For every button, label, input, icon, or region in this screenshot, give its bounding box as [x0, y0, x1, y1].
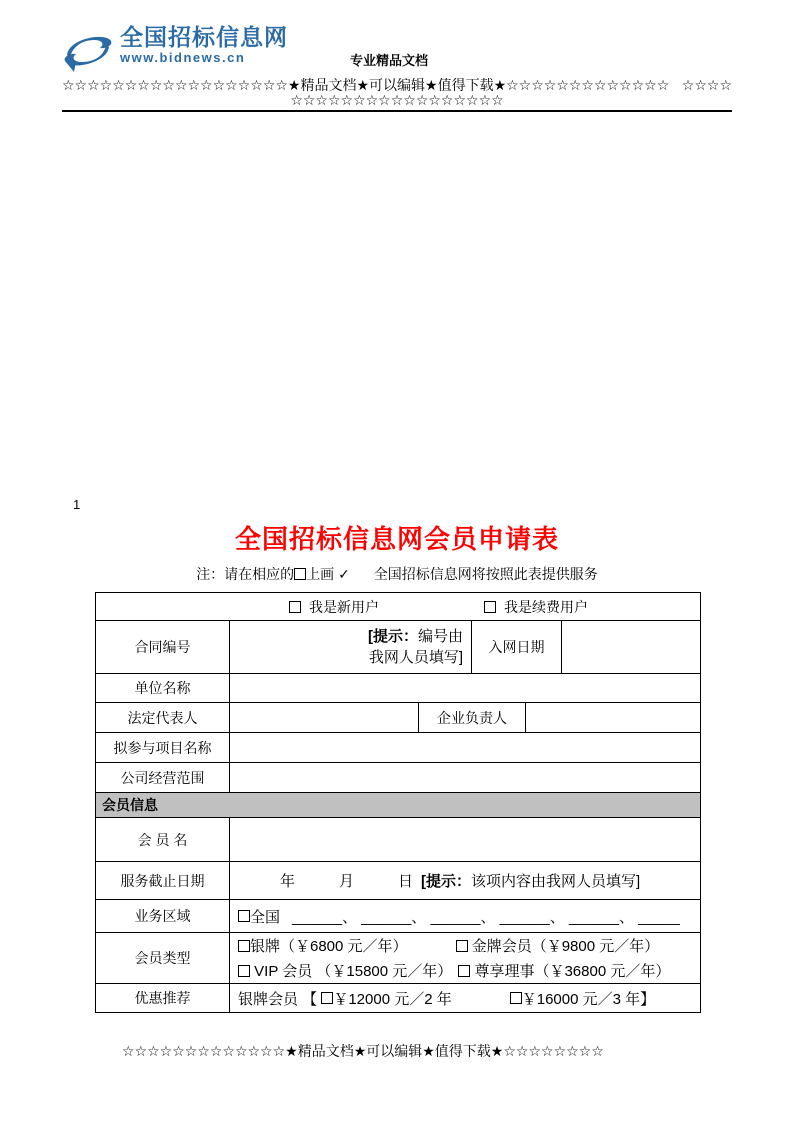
row-project-name: 拟参与项目名称	[96, 732, 700, 762]
promo-cell: 银牌会员 【 ￥12000 元／2 年 ￥16000 元／3 年】	[229, 984, 700, 1012]
service-end-label: 服务截止日期	[96, 862, 229, 899]
checkbox-icon[interactable]	[484, 601, 496, 613]
note-prefix: 注：请在相应的	[196, 566, 294, 582]
contract-no-hint-cell: [提示：编号由 我网人员填写]	[229, 621, 471, 673]
row-legal-rep: 法定代表人 企业负责人	[96, 702, 700, 732]
manager-label: 企业负责人	[418, 703, 525, 732]
contract-no-hint: [提示：编号由 我网人员填写]	[230, 626, 471, 668]
row-section-header: 会员信息	[96, 792, 700, 817]
note-suffix: 上画 ✓	[306, 566, 350, 582]
promo-label: 优惠推荐	[96, 984, 229, 1012]
promo-prefix: 银牌会员 【	[238, 988, 321, 1009]
day-label: 日	[398, 870, 413, 891]
checkbox-icon[interactable]	[456, 940, 468, 952]
row-service-end: 服务截止日期 年 月 日 [提示：该项内容由我网人员填写]	[96, 861, 700, 899]
checkbox-icon[interactable]	[510, 992, 522, 1004]
star-line1-left: ☆☆☆☆☆☆☆☆☆☆☆☆☆☆☆☆☆☆★精品文档★可以编辑★值得下载★☆☆☆☆☆☆…	[62, 78, 669, 93]
note-left: 注：请在相应的上画 ✓	[196, 565, 350, 583]
hint-bold: [提示：	[421, 873, 471, 890]
member-type-label: 会员类型	[96, 933, 229, 983]
checkbox-icon	[294, 568, 306, 580]
project-name-value	[229, 733, 700, 762]
service-end-hint: [提示：该项内容由我网人员填写]	[421, 870, 640, 891]
checkbox-icon[interactable]	[321, 992, 333, 1004]
new-user-label: 我是新用户	[309, 597, 379, 617]
business-scope-label: 公司经营范围	[96, 763, 229, 792]
contract-no-label: 合同编号	[96, 621, 229, 673]
checkbox-icon[interactable]	[289, 601, 301, 613]
business-region-label: 业务区域	[96, 900, 229, 932]
member-type-option-silver: 银牌（￥6800 元／年）	[250, 935, 408, 956]
option-renew-user: 我是续费用户	[484, 597, 588, 617]
note-right: 全国招标信息网将按照此表提供服务	[374, 565, 598, 583]
month-label: 月	[339, 870, 354, 891]
star-divider-line1: ☆☆☆☆☆☆☆☆☆☆☆☆☆☆☆☆☆☆★精品文档★可以编辑★值得下载★☆☆☆☆☆☆…	[62, 78, 732, 93]
logo-title: 全国招标信息网	[120, 26, 288, 49]
promo-option-3yr: ￥16000 元／3 年】	[522, 988, 655, 1009]
member-type-option-vip: VIP 会员 （￥15800 元／年）	[250, 960, 452, 981]
member-type-line1: 银牌（￥6800 元／年） 金牌会员（￥9800 元／年）	[230, 935, 700, 956]
checkbox-icon[interactable]	[238, 965, 250, 977]
row-company-name: 单位名称	[96, 673, 700, 702]
row-user-type: 我是新用户 我是续费用户	[96, 593, 700, 620]
star-line1-right: ☆☆☆☆	[682, 78, 732, 93]
application-table: 我是新用户 我是续费用户 合同编号 [提示：编号由 我网人员填写] 入网日期	[95, 592, 701, 1013]
form-title: 全国招标信息网会员申请表	[0, 519, 794, 556]
logo-block: 全国招标信息网 www.bidnews.cn 专业精品文档	[62, 26, 732, 74]
region-national-label: 全国	[250, 906, 280, 927]
region-blanks: ______、 ______、 ______、 ______、 ______、 …	[292, 906, 680, 927]
logo-text: 全国招标信息网 www.bidnews.cn	[120, 26, 288, 64]
promo-option-2yr: ￥12000 元／2 年	[333, 988, 451, 1009]
member-type-option-gold: 金牌会员（￥9800 元／年）	[468, 935, 660, 956]
join-date-value	[561, 621, 700, 673]
page-number: 1	[73, 497, 80, 512]
member-type-option-director: 尊享理事（￥36800 元／年）	[470, 960, 670, 981]
legal-rep-label: 法定代表人	[96, 703, 229, 732]
checkbox-icon[interactable]	[238, 940, 250, 952]
member-name-label: 会 员 名	[96, 818, 229, 861]
member-type-cell: 银牌（￥6800 元／年） 金牌会员（￥9800 元／年） VIP 会员 （￥1…	[229, 933, 700, 983]
legal-rep-value	[229, 703, 418, 732]
company-name-label: 单位名称	[96, 674, 229, 702]
row-member-type: 会员类型 银牌（￥6800 元／年） 金牌会员（￥9800 元／年） VIP 会…	[96, 932, 700, 983]
member-type-line2: VIP 会员 （￥15800 元／年） 尊享理事（￥36800 元／年）	[230, 960, 700, 981]
row-business-scope: 公司经营范围	[96, 762, 700, 792]
option-new-user: 我是新用户	[289, 597, 379, 617]
business-region-cell: 全国 ______、 ______、 ______、 ______、 _____…	[229, 900, 700, 932]
join-date-label: 入网日期	[471, 621, 561, 673]
checkbox-icon[interactable]	[238, 910, 250, 922]
row-member-name: 会 员 名	[96, 817, 700, 861]
document-page: 全国招标信息网 www.bidnews.cn 专业精品文档 ☆☆☆☆☆☆☆☆☆☆…	[0, 0, 794, 1123]
manager-value	[525, 703, 700, 732]
service-end-cell: 年 月 日 [提示：该项内容由我网人员填写]	[229, 862, 700, 899]
footer-stars: ☆☆☆☆☆☆☆☆☆☆☆☆☆★精品文档★可以编辑★值得下载★☆☆☆☆☆☆☆☆	[122, 1041, 604, 1061]
header-rule	[62, 110, 732, 112]
hint-rest: 该项内容由我网人员填写]	[471, 873, 640, 890]
bidnews-logo-icon	[62, 28, 114, 74]
hint-line2: 我网人员填写]	[369, 649, 463, 666]
project-name-label: 拟参与项目名称	[96, 733, 229, 762]
hint-line1: 编号由	[418, 628, 463, 645]
logo-url: www.bidnews.cn	[120, 51, 288, 64]
user-type-cell: 我是新用户 我是续费用户	[96, 593, 700, 620]
row-business-region: 业务区域 全国 ______、 ______、 ______、 ______、 …	[96, 899, 700, 932]
row-promo: 优惠推荐 银牌会员 【 ￥12000 元／2 年 ￥16000 元／3 年】	[96, 983, 700, 1012]
note-line: 注：请在相应的上画 ✓ 全国招标信息网将按照此表提供服务	[0, 565, 794, 583]
tagline: 专业精品文档	[350, 50, 428, 69]
business-scope-value	[229, 763, 700, 792]
hint-bold: [提示：	[368, 628, 418, 645]
checkbox-icon[interactable]	[458, 965, 470, 977]
company-name-value	[229, 674, 700, 702]
year-label: 年	[280, 870, 295, 891]
row-contract: 合同编号 [提示：编号由 我网人员填写] 入网日期	[96, 620, 700, 673]
section-header: 会员信息	[96, 793, 700, 817]
member-name-value	[229, 818, 700, 861]
renew-user-label: 我是续费用户	[504, 597, 588, 617]
star-divider-line2: ☆☆☆☆☆☆☆☆☆☆☆☆☆☆☆☆☆	[62, 93, 732, 108]
page-header: 全国招标信息网 www.bidnews.cn 专业精品文档 ☆☆☆☆☆☆☆☆☆☆…	[62, 26, 732, 112]
